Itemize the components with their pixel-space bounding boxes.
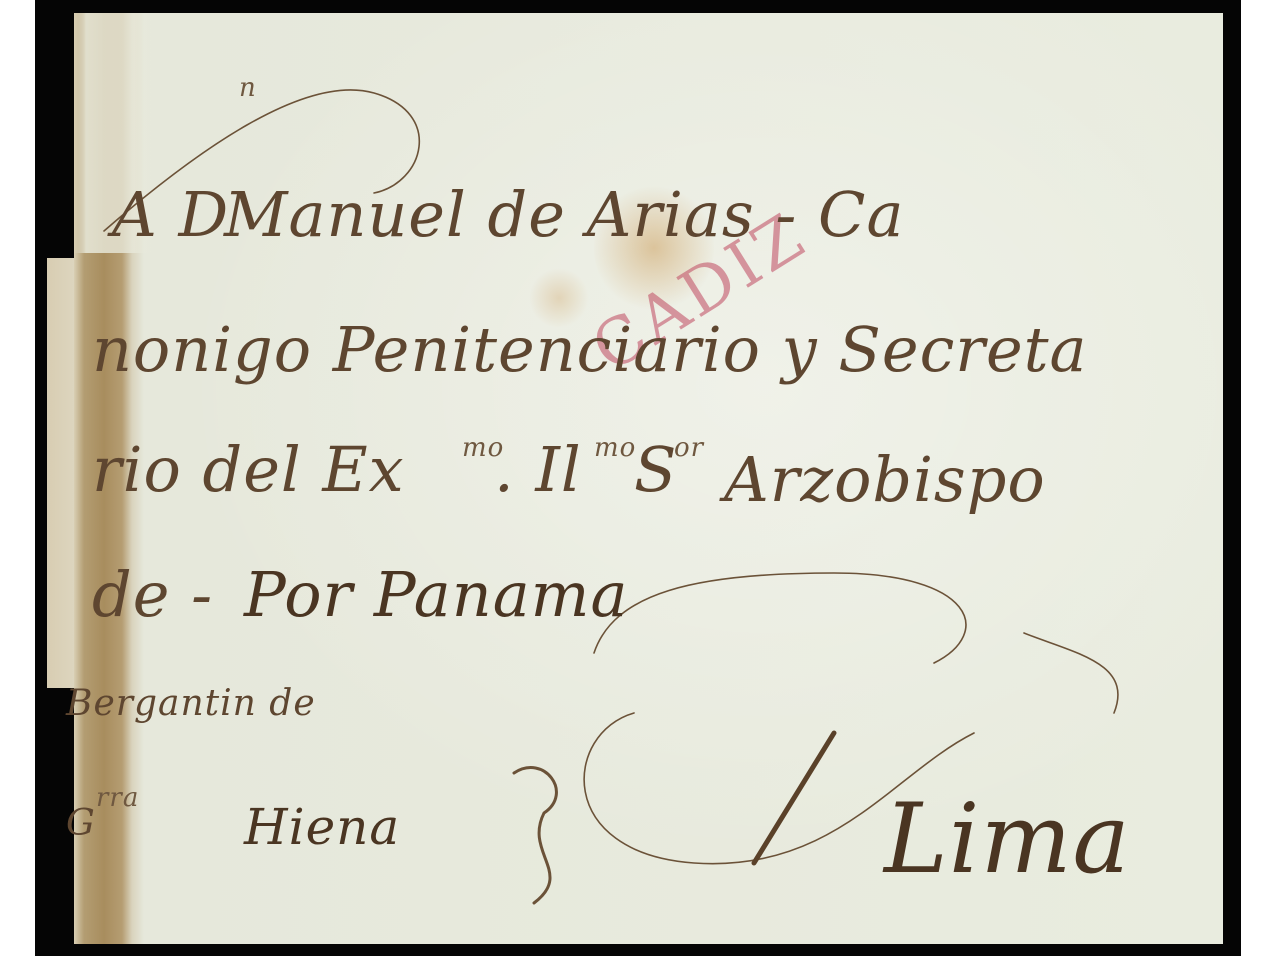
address-line-1: Manuel de Arias - Ca: [224, 178, 904, 251]
address-line-3d: Arzobispo: [724, 443, 1046, 516]
address-line-3c: S: [634, 433, 677, 506]
address-line-2: nonigo Penitenciario y Secreta: [92, 313, 1088, 386]
ship-name-hiena: Hiena: [244, 798, 400, 856]
carrier-note-line-1: Bergantin de: [66, 683, 316, 724]
letter-cover: CADIZ n A D Manuel de Arias - Ca nonigo …: [74, 13, 1223, 944]
route-por-panama: Por Panama: [244, 558, 628, 631]
destination-lima: Lima: [884, 783, 1131, 895]
address-line-3-sup2: mo: [594, 433, 636, 463]
address-line-3b: . Il: [494, 433, 582, 506]
address-title: A D: [112, 178, 229, 251]
address-line-3-sup3: or: [674, 433, 704, 463]
address-line-3a: rio del Ex: [92, 433, 405, 506]
address-title-superscript: n: [239, 73, 257, 103]
address-line-4-prefix: de -: [92, 558, 213, 631]
carrier-note-line-2: G: [66, 803, 96, 844]
carrier-note-sup: rra: [96, 783, 139, 813]
